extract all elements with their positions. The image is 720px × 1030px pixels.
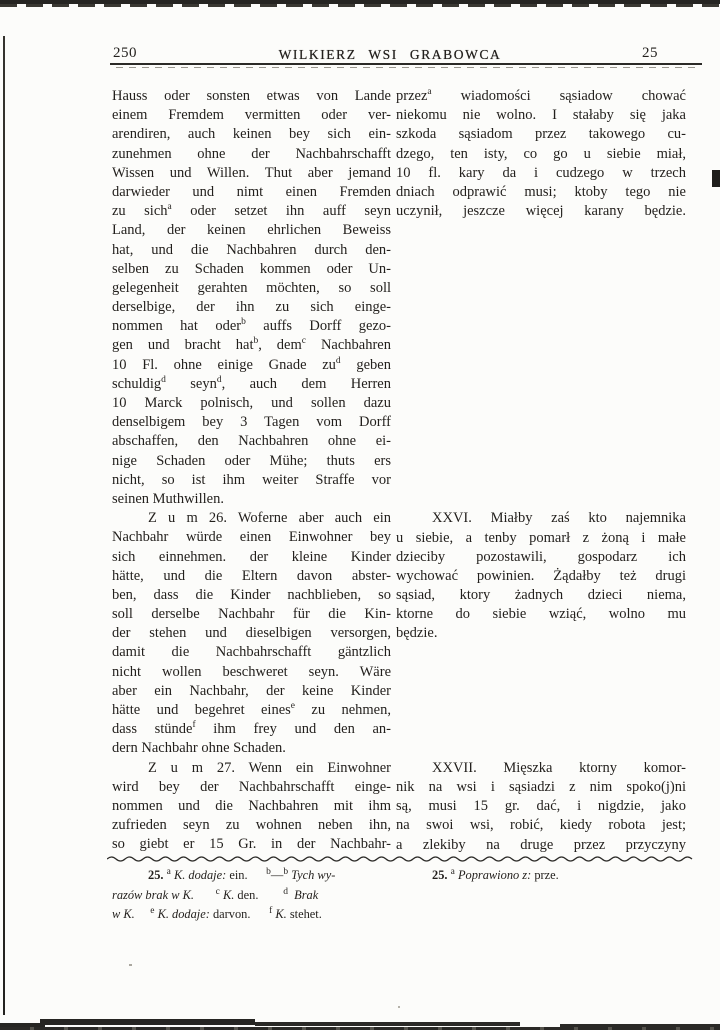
- scan-edge-artifact-bottom: [255, 1022, 520, 1026]
- text-line: Z u m 27. Wenn ein Einwohner: [112, 759, 391, 778]
- text-line: gen und bracht hatb, demc Nachbahren: [112, 336, 391, 355]
- text-line: będzie.: [396, 624, 686, 643]
- text-line: uczynił, jeszcze więcej karany będzie.: [396, 202, 686, 221]
- text-line: so giebt er 15 Gr. in der Nachbahr-: [112, 835, 391, 854]
- text-line: einem Fremdem vermitten oder ver-: [112, 106, 391, 125]
- footnotes-left: 25. a K. dodaje: ein. b—b Tych wy-razów …: [112, 866, 396, 925]
- paragraph: Z u m 27. Wenn ein Einwohnerwird bey der…: [112, 759, 391, 855]
- text-line: 10 fl. kary da i cudzego w trzech: [396, 164, 686, 183]
- scanned-book-page: 250 WILKIERZ WSI GRABOWCA 25 Hauss oder …: [0, 0, 720, 1030]
- text-line: nommen hat oderb auffs Dorff gezo-: [112, 317, 391, 336]
- text-line: na swoi wsi, robić, kiedy robota jest;: [396, 816, 686, 835]
- text-line: derselbige, der ihn zu sich einge-: [112, 298, 391, 317]
- text-line: Hauss oder sonsten etwas von Lande: [112, 87, 391, 106]
- header-rule-shadow: [116, 67, 698, 68]
- text-line: XXVI. Miałby zaś kto najemnika: [396, 509, 686, 528]
- text-line: hätte, und die Eltern davon abster-: [112, 567, 391, 586]
- text-line: ktorne do siebie wziąć, wolno mu: [396, 605, 686, 624]
- text-line: wychować powinien. Żądałby też drugi: [396, 567, 686, 586]
- text-line: der stehen und dieselbigen versorgen,: [112, 624, 391, 643]
- text-line: dern Nachbahr ohne Schaden.: [112, 739, 391, 758]
- header-rule: [110, 63, 702, 65]
- text-line: denselbigem bey 3 Tagen vom Dorff: [112, 413, 391, 432]
- text-line: XXVII. Mięszka ktorny komor-: [396, 759, 686, 778]
- text-line: damit die Nachbahrschafft gäntzlich: [112, 643, 391, 662]
- text-line: seinen Muthwillen.: [112, 490, 391, 509]
- text-line: zufrieden seyn zu wohnen neben ihn,: [112, 816, 391, 835]
- text-line: zu sicha oder setzet ihn auff seyn: [112, 202, 391, 221]
- text-line: Land, der keinen ehrlichen Beweiss: [112, 221, 391, 240]
- paragraph: Hauss oder sonsten etwas von Landeeinem …: [112, 87, 391, 509]
- text-line: nige Schaden oder Mühe; thuts ers: [112, 452, 391, 471]
- text-line: nicht, so ist ihm weiter Straffe vor: [112, 471, 391, 490]
- text-line: hätte und begehret einese zu nehmen,: [112, 701, 391, 720]
- text-line: dzego, ten isty, co go u siebie miał,: [396, 145, 686, 164]
- paragraph: Z u m 26. Woferne aber auch einNachbahr …: [112, 509, 391, 758]
- text-line: u siebie, a tenby pomarł z żoną i małe: [396, 529, 686, 548]
- text-line: ben, dass die Kinder nachblieben, so: [112, 586, 391, 605]
- footnote-line: 25. a K. dodaje: ein. b—b Tych wy-: [112, 866, 396, 886]
- text-line: schuldigd seynd, auch dem Herren: [112, 375, 391, 394]
- scan-speck: [398, 1006, 400, 1008]
- paragraph: przeza wiadomości sąsiadow chowaćniekomu…: [396, 87, 686, 221]
- text-line: soll derselbe Nachbahr für die Kin-: [112, 605, 391, 624]
- text-line: a zlekiby na druge przez przyczyny: [396, 836, 686, 855]
- text-line: przeza wiadomości sąsiadow chować: [396, 87, 686, 106]
- left-column-german-text: Hauss oder sonsten etwas von Landeeinem …: [112, 87, 391, 855]
- text-line: Wissen und Willen. Thut aber jemand: [112, 164, 391, 183]
- text-line: sąsiad, ktory żadnych dzieci niema,: [396, 586, 686, 605]
- text-line: darwieder und nimt einen Fremden: [112, 183, 391, 202]
- scan-edge-artifact-right-blob: [712, 170, 720, 187]
- text-line: są, musi 15 gr. dać, i nigdzie, jako: [396, 797, 686, 816]
- text-line: abschaffen, den Nachbahren ohne ei-: [112, 432, 391, 451]
- footnote-line: razów brak w K. c K. den. d Brak: [112, 886, 396, 906]
- text-line: zunehmen ohne der Nachbahrschafft: [112, 145, 391, 164]
- paragraph: XXVII. Mięszka ktorny komor-nik na wsi i…: [396, 759, 686, 855]
- text-line: arendiren, auch keinen bey sich ein-: [112, 125, 391, 144]
- text-line: nicht wollen beschweret seyn. Wäre: [112, 663, 391, 682]
- running-title: WILKIERZ WSI GRABOWCA: [100, 47, 680, 63]
- text-line: Nachbahr würde einen Einwohner bey: [112, 528, 391, 547]
- scan-edge-artifact-top-broken: [0, 4, 720, 7]
- footnote-divider-wavy-line: [107, 854, 695, 865]
- scan-speck: [129, 964, 132, 966]
- text-line: nik na wsi i sąsiadzi z nim spoko(j)ni: [396, 778, 686, 797]
- text-line: nommen und die Nachbahren mit ihm: [112, 797, 391, 816]
- text-line: wird bey der Nachbahrschafft einge-: [112, 778, 391, 797]
- text-line: gelegenheit gerahten möchten, so soll: [112, 279, 391, 298]
- footnote-line: w K. e K. dodaje: darvon. f K. stehet.: [112, 905, 396, 925]
- text-line: dzieciby pozostawili, gospodarz ich: [396, 548, 686, 567]
- text-line: 10 Marck polnisch, und sollen dazu: [112, 394, 391, 413]
- page-number-right: 25: [642, 45, 658, 62]
- text-line: dass stündef ihm frey und den an-: [112, 720, 391, 739]
- right-column-polish-text: przeza wiadomości sąsiadow chowaćniekomu…: [396, 87, 686, 855]
- text-line: selben zu Schaden kommen oder Un-: [112, 260, 391, 279]
- text-line: Z u m 26. Woferne aber auch ein: [112, 509, 391, 528]
- footnotes-right: 25. a Poprawiono z: prze.: [396, 866, 686, 886]
- text-line: szkoda sąsiadom przez takowego cu-: [396, 125, 686, 144]
- text-line: 10 Fl. ohne einige Gnade zud geben: [112, 356, 391, 375]
- footnote-line: 25. a Poprawiono z: prze.: [396, 866, 686, 886]
- text-line: aber ein Nachbahr, der keine Kinder: [112, 682, 391, 701]
- text-line: dniach odprawić musi; ktoby tego nie: [396, 183, 686, 202]
- text-line: niekomu nie wolno. I stałaby się jaka: [396, 106, 686, 125]
- paragraph: XXVI. Miałby zaś kto najemnikau siebie, …: [396, 509, 686, 643]
- text-line: hat, und die Nachbahren durch den-: [112, 241, 391, 260]
- scan-edge-artifact-left: [3, 36, 5, 1015]
- scan-edge-artifact-bottom: [40, 1019, 255, 1025]
- text-line: sich einnehmen. der kleine Kinder: [112, 548, 391, 567]
